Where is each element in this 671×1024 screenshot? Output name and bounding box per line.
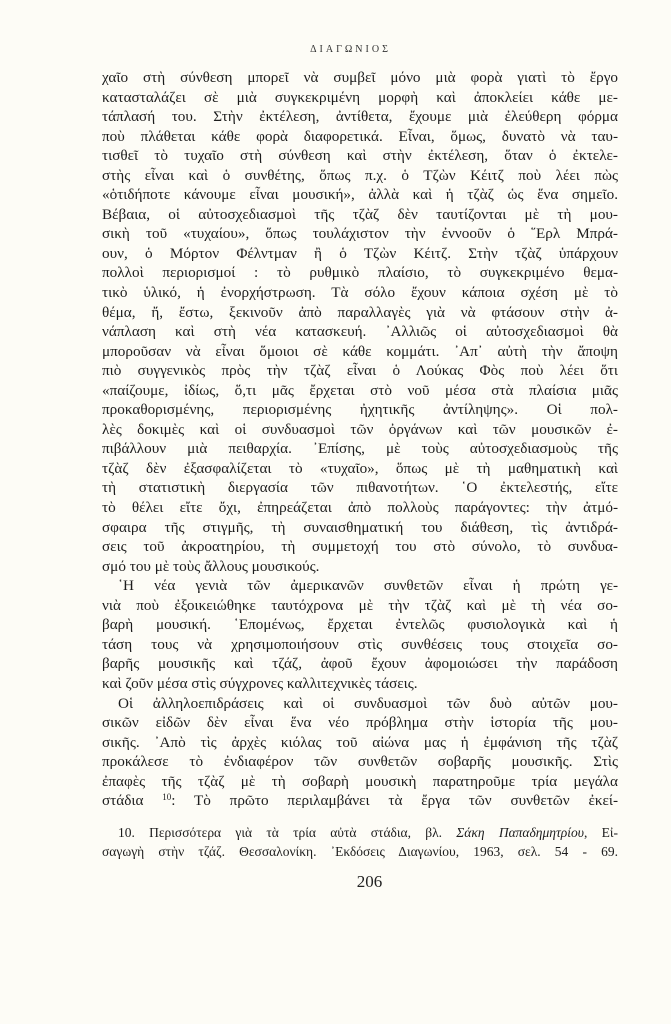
text-line: τζὰζ δὲν ἐξασφαλίζεται τὸ «τυχαῖο», ὅπως… <box>102 459 618 479</box>
text-line: ποὺ πλάθεται κάθε φορὰ διαφορετικά. Εἶνα… <box>102 127 618 147</box>
text-line: καὶ ζοῦν μέσα στὶς σύγχρονες καλλιτεχνικ… <box>102 674 618 694</box>
text-line: βαρὴ μουσική. ῾Επομένως, ἔρχεται ἐντελῶς… <box>102 615 618 635</box>
footnote-line: σαγωγὴ στὴν τζάζ. Θεσσαλονίκη. ᾿Εκδόσεις… <box>102 842 618 861</box>
text-line-paragraph-start: ῾Η νέα γενιὰ τῶν ἀμερικανῶν συνθετῶν εἶν… <box>102 576 618 596</box>
page-number: 206 <box>0 872 671 892</box>
text-line: προκάλεσε τὸ ἐνδιαφέρον τῶν συνθετῶν σοβ… <box>102 752 618 772</box>
text-line: σικῆς. ᾿Απὸ τὶς ἀρχὲς κιόλας τοῦ αἰώνα μ… <box>102 733 618 753</box>
text-line-paragraph-start: Οἱ ἀλληλοεπιδράσεις καὶ οἱ συνδυασμοὶ τῶ… <box>102 694 618 714</box>
text-fragment: στάδια <box>102 792 143 809</box>
text-line: τισθεῖ τὸ τυχαῖο στὴ σύνθεση καὶ στὴν ἐκ… <box>102 146 618 166</box>
text-line: πιβάλλουν μιὰ πειθαρχία. ᾿Επίσης, μὲ τοὺ… <box>102 439 618 459</box>
text-fragment: : Τὸ πρῶτο περιλαμβάνει τὰ ἔργα τῶν συνθ… <box>171 792 618 809</box>
running-head: ΔΙΑΓΩΝΙΟΣ <box>0 44 671 55</box>
text-line: τὸ θέλει εἴτε ὄχι, ἐπηρεάζεται ἀπὸ πολλο… <box>102 498 618 518</box>
text-line: σεις τοῦ ἀκροατηρίου, τὴ συμμετοχή του σ… <box>102 537 618 557</box>
text-line: σικῶν εἰδῶν δὲν εἶναι ἕνα νέο πρόβλημα σ… <box>102 713 618 733</box>
text-line: χαῖο στὴ σύνθεση μπορεῖ νὰ συμβεῖ μόνο μ… <box>102 68 618 88</box>
footnote-author: Σάκη Παπαδημητρίου <box>456 825 584 840</box>
text-line: πιὸ συγγενικὸς πρὸς τὴν τζὰζ εἶναι ὁ Λού… <box>102 361 618 381</box>
text-line: «ὁτιδήποτε κάνουμε εἶναι μουσική», ἀλλὰ … <box>102 185 618 205</box>
text-line: νιὰ ποὺ ἐξοικειώθηκε ταυτόχρονα μὲ τὴν τ… <box>102 596 618 616</box>
footnote-line: 10. Περισσότερα γιὰ τὰ τρία αὐτὰ στάδια,… <box>102 823 618 842</box>
text-line: βαρῆς μουσικῆς καὶ τζάζ, ἀφοῦ ἔχουν ἀφομ… <box>102 654 618 674</box>
text-line: στὴς εἶναι καὶ ὁ συνθέτης, ὅπως π.χ. ὁ Τ… <box>102 166 618 186</box>
text-line: σμό του μὲ τοὺς ἄλλους μουσικούς. <box>102 557 618 577</box>
text-line: θέμα, ἤ, ἔστω, ξεκινοῦν ἀπὸ παραλλαγὲς γ… <box>102 303 618 323</box>
text-line: τάπλασή του. Στὴν ἐκτέλεση, ἀντίθετα, ἔχ… <box>102 107 618 127</box>
text-line-with-footnote-ref: στάδια 10: Τὸ πρῶτο περιλαμβάνει τὰ ἔργα… <box>102 791 618 811</box>
text-line: πολλοὶ περιορισμοί : τὸ ρυθμικὸ πλαίσιο,… <box>102 263 618 283</box>
text-line: Βέβαια, οἱ αὐτοσχεδιασμοὶ τῆς τζὰζ δὲν τ… <box>102 205 618 225</box>
text-line: ἐπαφὲς τῆς τζὰζ μὲ τὴ σοβαρὴ μουσικὴ παρ… <box>102 772 618 792</box>
body-text: χαῖο στὴ σύνθεση μπορεῖ νὰ συμβεῖ μόνο μ… <box>102 68 618 811</box>
footnote-reference[interactable]: 10 <box>162 792 171 802</box>
text-line: λὲς δοκιμὲς καὶ οἱ συνδυασμοὶ τῶν ὀργάνω… <box>102 420 618 440</box>
footnote-text: , Εἰ- <box>584 825 618 840</box>
text-line: κατασταλάζει σὲ μιὰ συγκεκριμένη μορφὴ κ… <box>102 88 618 108</box>
text-line: νάπλαση καὶ στὴ νέα κατασκευή. ᾿Αλλιῶς ο… <box>102 322 618 342</box>
text-line: τικὸ ὑλικό, ἡ ἐνορχήστρωση. Τὰ σόλο ἔχου… <box>102 283 618 303</box>
text-line: τὴ στατιστικὴ διεργασία τῶν πιθανοτήτων.… <box>102 478 618 498</box>
text-line: σφαιρα τῆς στιγμῆς, τὴ συναισθηματική το… <box>102 518 618 538</box>
text-line: σικὴ τοῦ «τυχαίου», ὅπως τουλάχιστον τὴν… <box>102 224 618 244</box>
text-line: τάση τους νὰ χρησιμοποιήσουν στὶς συνθέσ… <box>102 635 618 655</box>
text-line: «παίζουμε, ἰδίως, ὅ,τι μᾶς ἔρχεται στὸ ν… <box>102 381 618 401</box>
text-line: μποροῦσαν νὰ εἶναι ὅμοιοι σὲ κάθε κομμάτ… <box>102 342 618 362</box>
text-line: ουν, ὁ Μόρτον Φέλντμαν ἢ ὁ Τζὼν Κέιτζ. Σ… <box>102 244 618 264</box>
text-line: προκαθορισμένης, περιορισμένης ἠχητικῆς … <box>102 400 618 420</box>
footnote-text: Περισσότερα γιὰ τὰ τρία αὐτὰ στάδια, βλ. <box>135 825 456 840</box>
footnote-number: 10. <box>118 825 135 840</box>
footnotes: 10. Περισσότερα γιὰ τὰ τρία αὐτὰ στάδια,… <box>102 823 618 861</box>
